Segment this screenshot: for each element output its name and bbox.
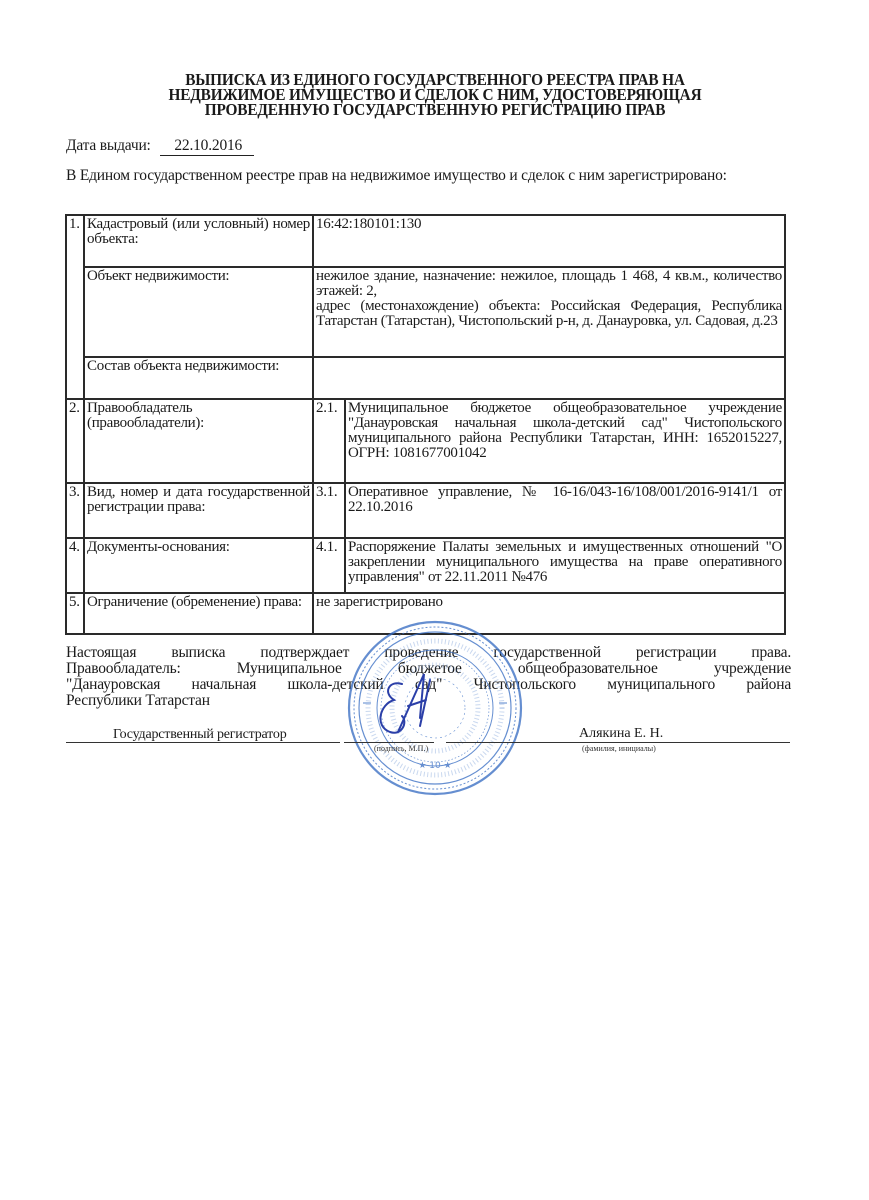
registrar-underline (66, 742, 340, 743)
title-line-3: ПРОВЕДЕННУЮ ГОСУДАРСТВЕННУЮ РЕГИСТРАЦИЮ … (96, 102, 775, 117)
property-address: адрес (местонахождение) объекта: Российс… (316, 299, 782, 329)
signature-underline (344, 742, 434, 743)
right-holder: Муниципальное бюджетое общеобразовательн… (345, 399, 785, 483)
confirmation-line-1: Настоящая выписка подтверждает проведени… (66, 645, 791, 661)
row-number: 4. (66, 538, 84, 593)
row-subnumber: 3.1. (313, 483, 345, 538)
registry-table: 1. Кадастровый (или условный) номер объе… (65, 214, 786, 635)
issue-date-label: Дата выдачи: (66, 137, 151, 154)
issue-date-row: Дата выдачи: 22.10.2016 (66, 137, 254, 156)
intro-text: В Едином государственном реестре прав на… (66, 168, 786, 184)
property-composition (313, 357, 785, 399)
row-label: Правообладатель (правообладатели): (84, 399, 313, 483)
stamp-center-mark: ★ 10 ★ (418, 761, 451, 771)
table-row: Состав объекта недвижимости: (66, 357, 785, 399)
table-row: 2. Правообладатель (правообладатели): 2.… (66, 399, 785, 483)
row-label: Документы-основания: (84, 538, 313, 593)
name-underline (446, 742, 790, 743)
confirmation-text: Настоящая выписка подтверждает проведени… (66, 645, 791, 709)
table-row: 5. Ограничение (обременение) права: не з… (66, 593, 785, 634)
registrar-name: Алякина Е. Н. (579, 726, 663, 742)
row-number: 2. (66, 399, 84, 483)
property-type-line: нежилое здание, назначение: нежилое, пло… (316, 269, 782, 299)
document-page: ВЫПИСКА ИЗ ЕДИНОГО ГОСУДАРСТВЕННОГО РЕЕС… (0, 0, 869, 1200)
signature-row: Государственный регистратор (подпись, М.… (0, 722, 869, 762)
cadastral-number: 16:42:180101:130 (313, 215, 785, 267)
issue-date-value: 22.10.2016 (160, 137, 254, 156)
table-row: 1. Кадастровый (или условный) номер объе… (66, 215, 785, 267)
row-subnumber: 4.1. (313, 538, 345, 593)
row-label: Состав объекта недвижимости: (84, 357, 313, 399)
row-label: Кадастровый (или условный) номер объекта… (84, 215, 313, 267)
row-number: 1. (66, 215, 84, 399)
basis-documents: Распоряжение Палаты земельных и имуществ… (345, 538, 785, 593)
document-title: ВЫПИСКА ИЗ ЕДИНОГО ГОСУДАРСТВЕННОГО РЕЕС… (96, 72, 775, 117)
signature-caption: (подпись, М.П.) (374, 744, 428, 753)
row-label: Объект недвижимости: (84, 267, 313, 357)
encumbrance-status: не зарегистрировано (313, 593, 785, 634)
name-caption: (фамилия, инициалы) (582, 744, 656, 753)
confirmation-line-3: "Данауровская начальная школа-детский са… (66, 677, 791, 693)
row-label-text: Кадастровый (или условный) номер объекта… (87, 216, 310, 247)
row-number: 3. (66, 483, 84, 538)
table-row: 4. Документы-основания: 4.1. Распоряжени… (66, 538, 785, 593)
row-label: Ограничение (обременение) права: (84, 593, 313, 634)
table-row: Объект недвижимости: нежилое здание, наз… (66, 267, 785, 357)
confirmation-line-4: Республики Татарстан (66, 693, 791, 709)
table-row: 3. Вид, номер и дата государственной рег… (66, 483, 785, 538)
registration-record: Оперативное управление, № 16-16/043-16/1… (345, 483, 785, 538)
row-number: 5. (66, 593, 84, 634)
registrar-label: Государственный регистратор (113, 727, 287, 743)
row-label: Вид, номер и дата государственной регист… (84, 483, 313, 538)
confirmation-line-2: Правообладатель: Муниципальное бюджетое … (66, 661, 791, 677)
property-description: нежилое здание, назначение: нежилое, пло… (313, 267, 785, 357)
row-subnumber: 2.1. (313, 399, 345, 483)
